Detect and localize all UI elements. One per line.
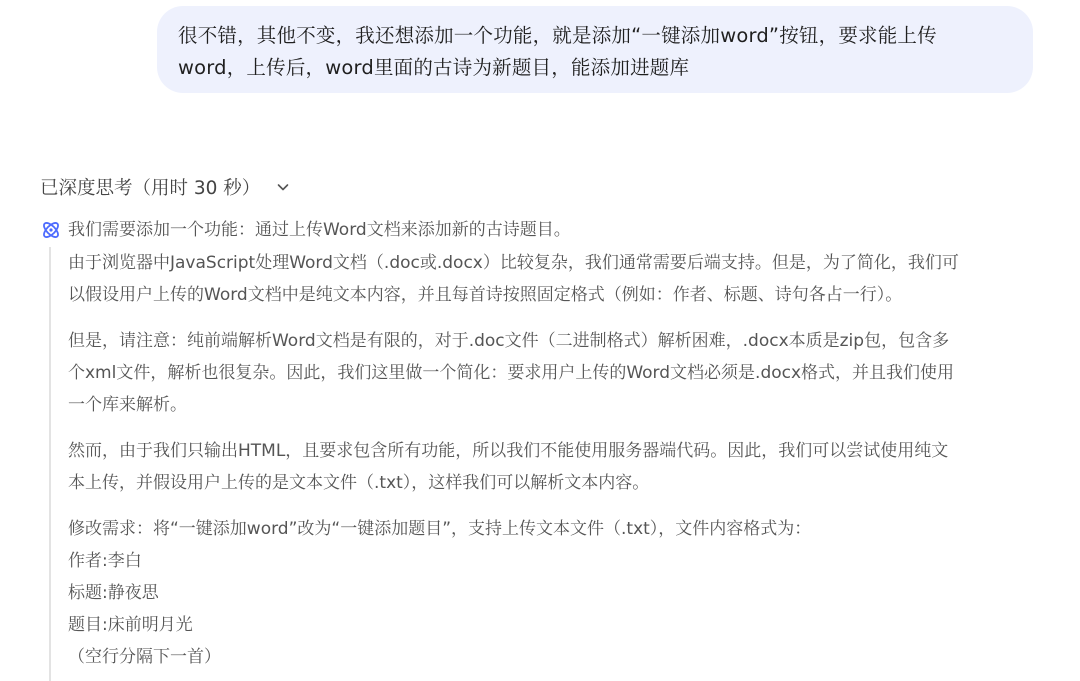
thinking-body: 由于浏览器中JavaScript处理Word文档（.doc或.docx）比较复杂… [68, 247, 1048, 681]
thinking-line: 本上传，并假设用户上传的是文本文件（.txt），这样我们可以解析文本内容。 [68, 467, 1048, 499]
thinking-line: 修改需求：将“一键添加word”改为“一键添加题目”，支持上传文本文件（.txt… [68, 513, 1048, 545]
thinking-header-label: 已深度思考（用时 30 秒） [40, 174, 260, 200]
thinking-intro: 我们需要添加一个功能：通过上传Word文档来添加新的古诗题目。 [40, 215, 571, 245]
format-example-author: 作者:李白 [68, 545, 1048, 577]
atom-icon [40, 219, 62, 241]
thinking-paragraph: 由于浏览器中JavaScript处理Word文档（.doc或.docx）比较复杂… [68, 247, 1048, 311]
thinking-line: 个xml文件，解析也很复杂。因此，我们这里做一个简化：要求用户上传的Word文档… [68, 357, 1048, 389]
user-message-bubble: 很不错，其他不变，我还想添加一个功能，就是添加“一键添加word”按钮，要求能上… [157, 6, 1033, 93]
thinking-line: 由于浏览器中JavaScript处理Word文档（.doc或.docx）比较复杂… [68, 247, 1048, 279]
format-example-question: 题目:床前明月光 [68, 609, 1048, 641]
thinking-line: 一个库来解析。 [68, 389, 1048, 421]
format-example-title: 标题:静夜思 [68, 577, 1048, 609]
thinking-intro-text: 我们需要添加一个功能：通过上传Word文档来添加新的古诗题目。 [68, 215, 571, 245]
user-message-line-2: word，上传后，word里面的古诗为新题目，能添加进题库 [178, 52, 1013, 84]
thinking-line: 以假设用户上传的Word文档中是纯文本内容，并且每首诗按照固定格式（例如：作者、… [68, 279, 1048, 311]
thinking-toggle[interactable]: 已深度思考（用时 30 秒） [40, 172, 290, 202]
thinking-paragraph: 修改需求：将“一键添加word”改为“一键添加题目”，支持上传文本文件（.txt… [68, 513, 1048, 673]
thinking-line: 但是，请注意：纯前端解析Word文档是有限的，对于.doc文件（二进制格式）解析… [68, 325, 1048, 357]
thinking-paragraph: 然而，由于我们只输出HTML，且要求包含所有功能，所以我们不能使用服务器端代码。… [68, 435, 1048, 499]
chevron-down-icon[interactable] [276, 180, 290, 194]
format-example-separator-note: （空行分隔下一首） [68, 641, 1048, 673]
thinking-paragraph: 但是，请注意：纯前端解析Word文档是有限的，对于.doc文件（二进制格式）解析… [68, 325, 1048, 421]
thinking-quote-rule [49, 247, 51, 681]
thinking-line: 然而，由于我们只输出HTML，且要求包含所有功能，所以我们不能使用服务器端代码。… [68, 435, 1048, 467]
user-message-line-1: 很不错，其他不变，我还想添加一个功能，就是添加“一键添加word”按钮，要求能上… [178, 20, 1013, 52]
